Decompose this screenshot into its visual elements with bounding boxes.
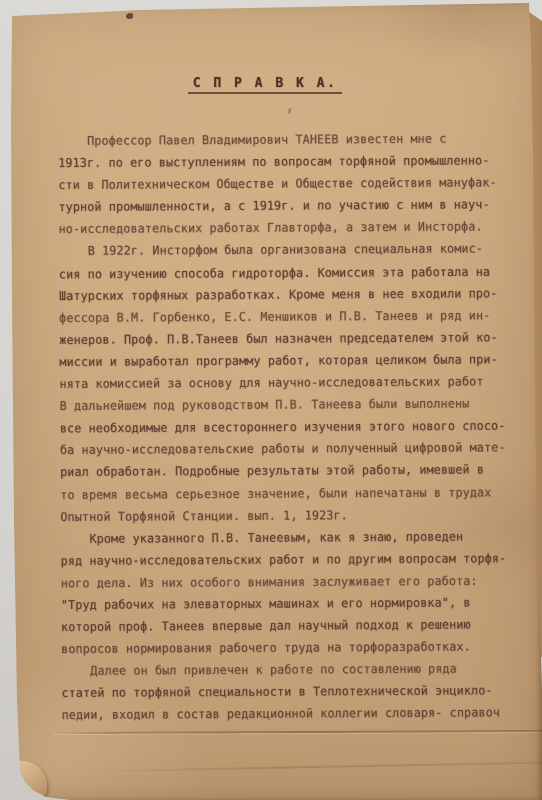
fold-crease [54, 730, 542, 734]
fold-crease-secondary [90, 762, 542, 773]
text-line: В 1922г. Инсторфом была организована спе… [59, 241, 511, 267]
paper-speck [126, 13, 133, 19]
corner-curl [14, 760, 49, 797]
document-title: С П Р А В К А. [0, 76, 530, 94]
text-line: то время весьма серьезное значение, были… [60, 484, 512, 510]
title-stray-mark [287, 108, 292, 115]
text-line: риал обработан. Подробные результаты это… [60, 462, 512, 488]
document-page: С П Р А В К А. Профессор Павел Владимиро… [0, 0, 542, 800]
text-line: ряд научно-исследовательских работ и по … [61, 551, 513, 577]
photo-backdrop: С П Р А В К А. Профессор Павел Владимиро… [0, 0, 542, 800]
text-line: педии, входил в состав редакционной колл… [62, 705, 514, 731]
document-title-text: С П Р А В К А. [188, 76, 343, 94]
document-body: Профессор Павел Владимирович ТАНЕЕВ изве… [58, 131, 514, 730]
